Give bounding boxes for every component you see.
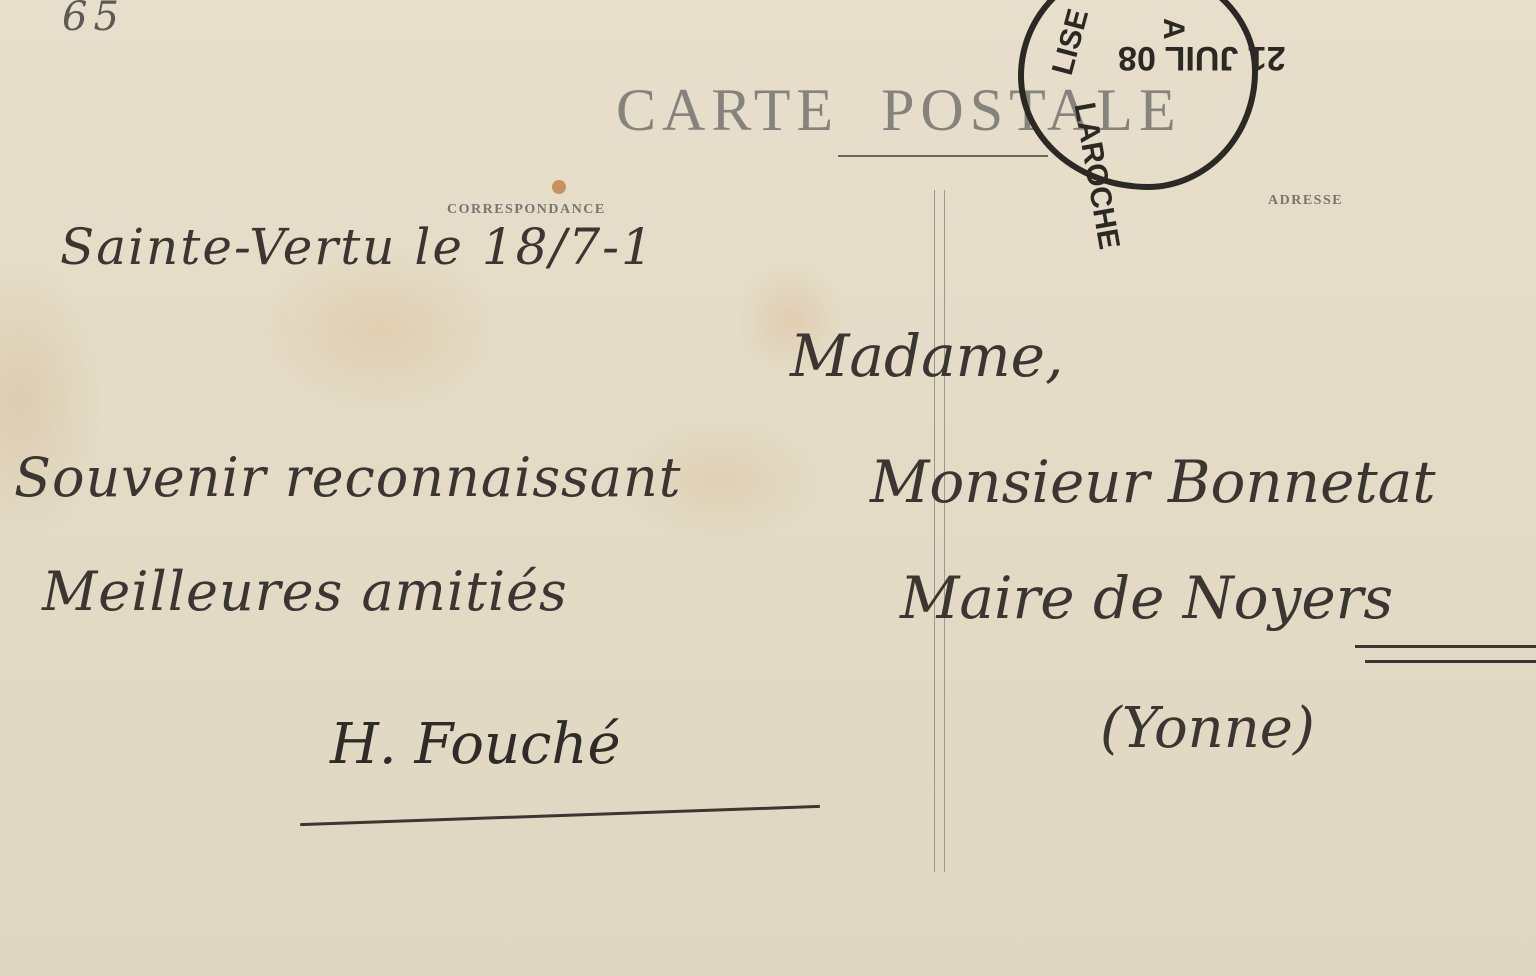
handwritten-message-line-1: Souvenir reconnaissant	[14, 446, 681, 509]
center-divider-line	[934, 190, 935, 872]
address-line-1: Madame,	[790, 322, 1063, 390]
correspondence-label: CORRESPONDANCE	[447, 202, 606, 218]
ink-stain	[552, 180, 566, 194]
postmark-date: 21 JUIL 08	[1118, 38, 1286, 77]
postmark-right-text: A	[1156, 18, 1190, 40]
handwritten-message-line-2: Meilleures amitiés	[42, 560, 568, 623]
address-line-2: Monsieur Bonnetat	[870, 448, 1436, 516]
postmark-stamp	[1018, 0, 1258, 190]
address-underline	[1355, 645, 1536, 648]
address-underline	[1365, 660, 1536, 663]
handwritten-signature: H. Fouché	[330, 712, 621, 777]
address-label: ADRESSE	[1268, 193, 1343, 209]
title-underline	[838, 155, 1048, 157]
signature-flourish	[300, 805, 820, 826]
pencil-note: 65	[62, 0, 125, 40]
postcard: 65 CARTE POSTALE CORRESPONDANCE ADRESSE …	[0, 0, 1536, 976]
address-line-3: Maire de Noyers	[900, 564, 1393, 632]
handwritten-place-date: Sainte-Vertu le 18/7-1	[60, 218, 655, 276]
address-line-4: (Yonne)	[1100, 696, 1315, 761]
center-divider-line	[944, 190, 945, 872]
